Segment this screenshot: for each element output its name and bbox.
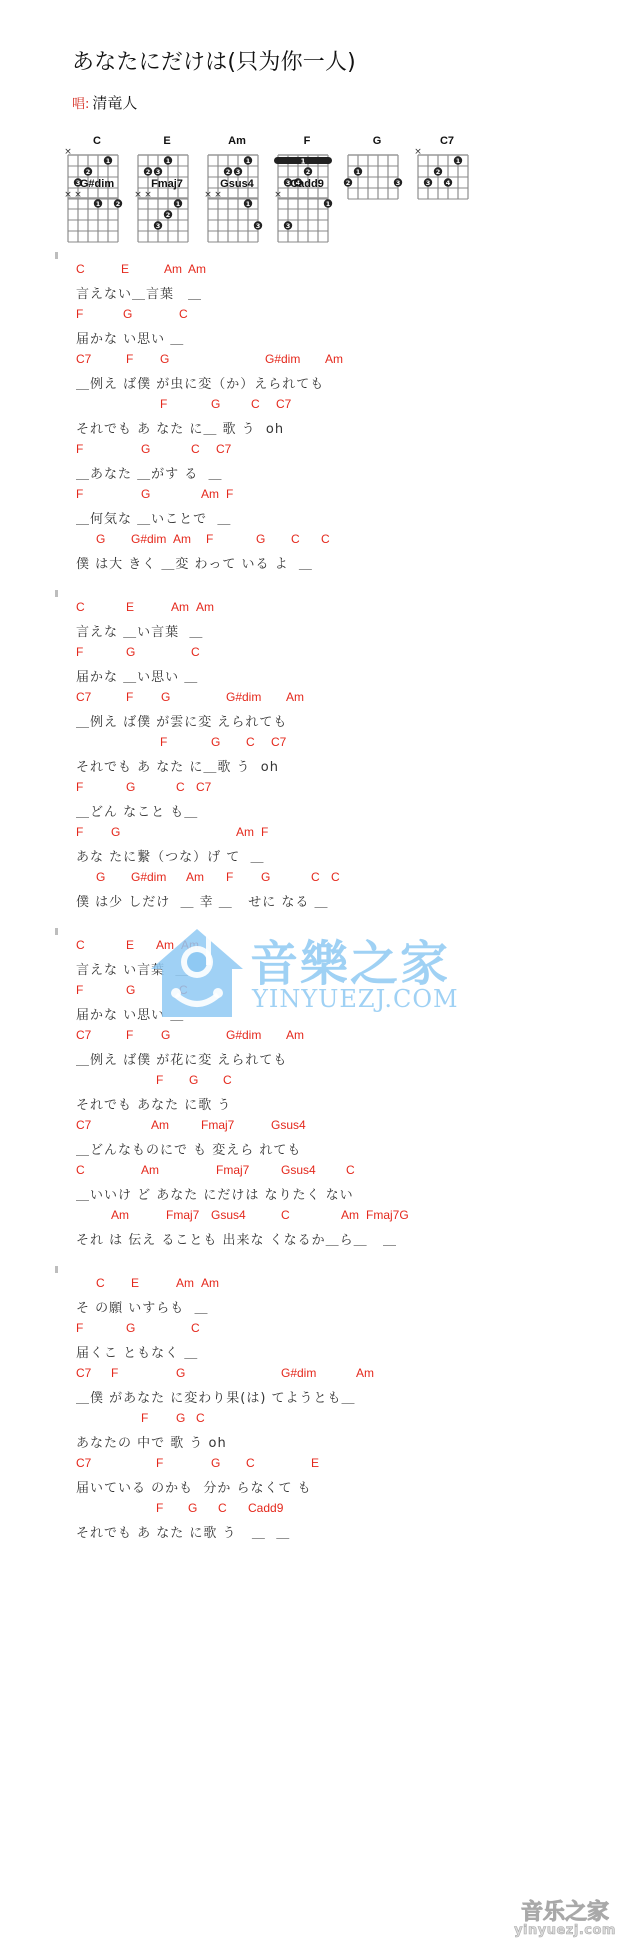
chord-symbol: C7	[196, 780, 211, 794]
chord-symbol: F	[76, 442, 83, 456]
chord-diagram-name: C7	[412, 135, 482, 147]
lyric-line: 届かな ＿い思い ＿	[76, 666, 198, 685]
chord-symbol: E	[126, 938, 134, 952]
chord-symbol: F	[226, 487, 233, 501]
chord-symbol: E	[311, 1456, 319, 1470]
svg-text:2: 2	[306, 168, 311, 176]
chord-symbol: C	[223, 1073, 232, 1087]
chord-symbol: G	[126, 780, 135, 794]
lyric-line: ＿どん なこと も＿	[76, 801, 198, 820]
fretboard-icon: ××123	[132, 190, 202, 250]
lyric-line: ＿いいけ ど あなた にだけは なりたく ない	[76, 1184, 354, 1203]
chord-symbol: C	[218, 1501, 227, 1515]
svg-text:1: 1	[166, 157, 171, 165]
chord-symbol: C	[76, 600, 85, 614]
svg-text:3: 3	[256, 222, 261, 230]
chord-symbol: G#dim	[131, 532, 166, 546]
chord-symbol: G	[161, 1028, 170, 1042]
chord-symbol: Am	[141, 1163, 159, 1177]
singer-label: 唱:	[72, 97, 89, 112]
lyric-line: それでも あ なた に＿歌 う oh	[76, 756, 279, 775]
chord-symbol: G	[188, 1501, 197, 1515]
corner-watermark: 音乐之家 yinyuezj.com	[505, 1895, 625, 1940]
chord-symbol: F	[76, 645, 83, 659]
lyric-line: 言えない＿言葉 ＿	[76, 283, 202, 302]
chord-symbol: F	[76, 307, 83, 321]
chord-symbol: C	[179, 307, 188, 321]
svg-text:3: 3	[156, 168, 161, 176]
chord-symbol: E	[131, 1276, 139, 1290]
svg-text:3: 3	[286, 222, 291, 230]
chord-symbol: Am	[176, 1276, 194, 1290]
fretboard-icon: 123	[342, 147, 412, 207]
svg-text:3: 3	[236, 168, 241, 176]
chord-symbol: G	[96, 532, 105, 546]
singer-line: 唱:清竜人	[72, 92, 137, 113]
chord-symbol: G	[189, 1073, 198, 1087]
chord-symbol: Am	[151, 1118, 169, 1132]
chord-symbol: Am	[171, 600, 189, 614]
lyric-line: ＿あなた ＿がす る ＿	[76, 463, 223, 482]
chord-symbol: F	[156, 1501, 163, 1515]
muted-string-icon: ×	[64, 147, 72, 157]
watermark: 音樂之家 YINYUEZJ.COM	[150, 925, 495, 1020]
lyric-line: 僕 は大 きく ＿変 わって いる よ ＿	[76, 553, 313, 572]
lyric-line: ＿どんなものにで も 変えら れても	[76, 1139, 301, 1158]
chord-symbol: Am	[111, 1208, 129, 1222]
lyric-line: ＿僕 があなた に変わり果(は) てようとも＿	[76, 1387, 356, 1406]
section-marker	[55, 1266, 58, 1273]
lyric-line: それでも あなた に歌 う	[76, 1094, 231, 1113]
lyric-line: それ は 伝え ることも 出来な くなるか＿ら＿ ＿	[76, 1229, 397, 1248]
chord-symbol: C	[191, 645, 200, 659]
chord-symbol: F	[226, 870, 233, 884]
chord-symbol: Am	[236, 825, 254, 839]
lyric-line: ＿例え ば僕 が雲に変 えられても	[76, 711, 287, 730]
chord-symbol: F	[76, 983, 83, 997]
chord-symbol: C	[246, 735, 255, 749]
svg-text:2: 2	[346, 179, 351, 187]
chord-symbol: F	[76, 1321, 83, 1335]
chord-symbol: C7	[76, 690, 91, 704]
chord-symbol: Am	[356, 1366, 374, 1380]
chord-symbol: F	[76, 780, 83, 794]
chord-diagram-fmaj7: Fmaj7××123	[132, 178, 202, 253]
chord-symbol: Fmaj7	[201, 1118, 234, 1132]
section-marker	[55, 590, 58, 597]
lyric-line: 届かな い思い ＿	[76, 1004, 184, 1023]
chord-diagram-name: Fmaj7	[132, 178, 202, 190]
chord-symbol: Am	[325, 352, 343, 366]
chord-symbol: Am	[201, 1276, 219, 1290]
chord-symbol: C	[311, 870, 320, 884]
chord-symbol: F	[160, 735, 167, 749]
section-marker	[55, 252, 58, 259]
watermark-url: YINYUEZJ.COM	[252, 985, 459, 1013]
chord-symbol: G	[176, 1366, 185, 1380]
chord-symbol: C	[179, 983, 188, 997]
svg-text:4: 4	[446, 179, 451, 187]
fretboard-icon: ×1234	[412, 147, 482, 207]
chord-symbol: Am	[186, 870, 204, 884]
chord-symbol: F	[126, 352, 133, 366]
chord-symbol: G	[211, 735, 220, 749]
chord-diagram-name: Cadd9	[272, 178, 342, 190]
lyric-line: あなたの 中で 歌 う oh	[76, 1432, 227, 1451]
svg-text:1: 1	[326, 200, 331, 208]
chord-symbol: C	[76, 262, 85, 276]
chord-symbol: F	[126, 690, 133, 704]
chord-symbol: C7	[76, 1366, 91, 1380]
chord-symbol: G	[111, 825, 120, 839]
chord-symbol: C7	[216, 442, 231, 456]
chord-symbol: F	[141, 1411, 148, 1425]
chord-diagram-cadd9: Cadd9×13	[272, 178, 342, 253]
svg-text:3: 3	[426, 179, 431, 187]
muted-string-icon: ×	[214, 190, 222, 200]
chord-diagram-name: E	[132, 135, 202, 147]
chord-symbol: G#dim	[226, 690, 261, 704]
chord-symbol: Am	[286, 690, 304, 704]
chord-symbol: F	[76, 487, 83, 501]
chord-symbol: Am	[156, 938, 174, 952]
chord-symbol: E	[126, 600, 134, 614]
svg-text:1: 1	[106, 157, 111, 165]
chord-symbol: F	[206, 532, 213, 546]
chord-symbol: G	[126, 983, 135, 997]
chord-symbol: Am	[201, 487, 219, 501]
chord-symbol: C	[281, 1208, 290, 1222]
muted-string-icon: ×	[74, 190, 82, 200]
chord-symbol: Am	[173, 532, 191, 546]
svg-text:1: 1	[246, 157, 251, 165]
lyric-line: あな たに繋（つな）げ て ＿	[76, 846, 265, 865]
muted-string-icon: ×	[64, 190, 72, 200]
chord-symbol: C	[76, 1163, 85, 1177]
chord-diagram-g: G123	[342, 135, 412, 210]
chord-symbol: G	[96, 870, 105, 884]
svg-text:2: 2	[226, 168, 231, 176]
muted-string-icon: ×	[144, 190, 152, 200]
chord-symbol: C	[251, 397, 260, 411]
chord-symbol: Am	[286, 1028, 304, 1042]
chord-symbol: G#dim	[265, 352, 300, 366]
lyric-line: ＿例え ば僕 が虫に変（か）えられても	[76, 373, 324, 392]
chord-symbol: G	[126, 1321, 135, 1335]
chord-symbol: G	[141, 442, 150, 456]
fretboard-icon: ×13	[272, 190, 342, 250]
chord-symbol: F	[111, 1366, 118, 1380]
chord-symbol: G	[161, 690, 170, 704]
chord-symbol: F	[160, 397, 167, 411]
lyric-line: それでも あ なた に歌 う ＿ ＿	[76, 1522, 290, 1541]
chord-diagram-name: C	[62, 135, 132, 147]
chord-symbol: C7	[271, 735, 286, 749]
lyric-line: それでも あ なた に＿ 歌 う oh	[76, 418, 284, 437]
chord-symbol: G	[211, 1456, 220, 1470]
muted-string-icon: ×	[414, 147, 422, 157]
chord-diagram-name: Gsus4	[202, 178, 272, 190]
chord-symbol: Am	[164, 262, 182, 276]
svg-text:1: 1	[356, 168, 361, 176]
watermark-text: 音樂之家	[250, 925, 450, 994]
chord-symbol: F	[126, 1028, 133, 1042]
chord-symbol: E	[121, 262, 129, 276]
lyric-line: ＿例え ば僕 が花に変 えられても	[76, 1049, 287, 1068]
chord-symbol: C	[96, 1276, 105, 1290]
chord-symbol: Fmaj7G	[366, 1208, 409, 1222]
chord-symbol: Gsus4	[271, 1118, 306, 1132]
chord-symbol: G	[160, 352, 169, 366]
svg-text:2: 2	[166, 211, 171, 219]
chord-symbol: Gsus4	[281, 1163, 316, 1177]
chord-symbol: C	[191, 442, 200, 456]
chord-symbol: C	[246, 1456, 255, 1470]
svg-text:2: 2	[86, 168, 91, 176]
lyric-line: 僕 は少 しだけ ＿ 幸 ＿ せに なる ＿	[76, 891, 328, 910]
chord-symbol: C7	[76, 1118, 91, 1132]
chord-symbol: F	[261, 825, 268, 839]
chord-symbol: C	[321, 532, 330, 546]
chord-symbol: F	[156, 1456, 163, 1470]
svg-text:1: 1	[96, 200, 101, 208]
chord-symbol: C	[176, 780, 185, 794]
lyric-line: 言えな い言葉 ＿	[76, 959, 189, 978]
chord-symbol: G	[261, 870, 270, 884]
lyric-line: 届かな い思い ＿	[76, 328, 184, 347]
chord-symbol: Am	[196, 600, 214, 614]
chord-diagram-name: G	[342, 135, 412, 147]
svg-text:1: 1	[176, 200, 181, 208]
chord-diagram-name: F	[272, 135, 342, 147]
chord-symbol: Cadd9	[248, 1501, 283, 1515]
lyric-line: 届いている のかも 分か らなくて も	[76, 1477, 312, 1496]
chord-symbol: Gsus4	[211, 1208, 246, 1222]
chord-symbol: Am	[181, 938, 199, 952]
lyric-line: そ の願 いすらも ＿	[76, 1297, 209, 1316]
singer-name: 清竜人	[92, 94, 137, 112]
chord-symbol: F	[76, 825, 83, 839]
section-marker	[55, 928, 58, 935]
chord-symbol: G	[256, 532, 265, 546]
chord-diagram-name: G#dim	[62, 178, 132, 190]
muted-string-icon: ×	[134, 190, 142, 200]
chord-symbol: G	[126, 645, 135, 659]
svg-text:2: 2	[146, 168, 151, 176]
chord-symbol: C7	[76, 1456, 91, 1470]
song-title: あなたにだけは(只为你一人)	[72, 45, 356, 76]
chord-symbol: G#dim	[226, 1028, 261, 1042]
corner-watermark-text: 音乐之家	[505, 1895, 625, 1926]
chord-symbol: C	[191, 1321, 200, 1335]
svg-text:3: 3	[396, 179, 401, 187]
chord-symbol: G	[123, 307, 132, 321]
svg-text:2: 2	[116, 200, 121, 208]
lyric-line: ＿何気な ＿いことで ＿	[76, 508, 231, 527]
fretboard-icon: ××13	[202, 190, 272, 250]
chord-symbol: C	[291, 532, 300, 546]
chord-symbol: G#dim	[281, 1366, 316, 1380]
chord-symbol: Am	[188, 262, 206, 276]
chord-symbol: G	[141, 487, 150, 501]
chord-diagram-gsharpdim: G#dim××12	[62, 178, 132, 253]
svg-text:1: 1	[301, 158, 306, 166]
lyric-line: 届くこ ともなく ＿	[76, 1342, 198, 1361]
svg-text:1: 1	[246, 200, 251, 208]
chord-symbol: C7	[276, 397, 291, 411]
svg-text:2: 2	[436, 168, 441, 176]
chord-symbol: G	[176, 1411, 185, 1425]
chord-symbol: Fmaj7	[166, 1208, 199, 1222]
chord-symbol: C	[76, 938, 85, 952]
chord-symbol: G	[211, 397, 220, 411]
chord-symbol: Fmaj7	[216, 1163, 249, 1177]
chord-symbol: C7	[76, 352, 91, 366]
svg-text:3: 3	[156, 222, 161, 230]
chord-symbol: C	[196, 1411, 205, 1425]
chord-symbol: G#dim	[131, 870, 166, 884]
fretboard-icon: ××12	[62, 190, 132, 250]
chord-symbol: C	[331, 870, 340, 884]
chord-diagram-gsus4: Gsus4××13	[202, 178, 272, 253]
corner-watermark-url: yinyuezj.com	[505, 1923, 625, 1938]
chord-symbol: F	[156, 1073, 163, 1087]
svg-text:1: 1	[456, 157, 461, 165]
chord-symbol: C7	[76, 1028, 91, 1042]
chord-diagram-name: Am	[202, 135, 272, 147]
chord-diagram-c7: C7×1234	[412, 135, 482, 210]
lyric-line: 言えな ＿い言葉 ＿	[76, 621, 203, 640]
chord-symbol: C	[346, 1163, 355, 1177]
muted-string-icon: ×	[274, 190, 282, 200]
muted-string-icon: ×	[204, 190, 212, 200]
chord-symbol: Am	[341, 1208, 359, 1222]
